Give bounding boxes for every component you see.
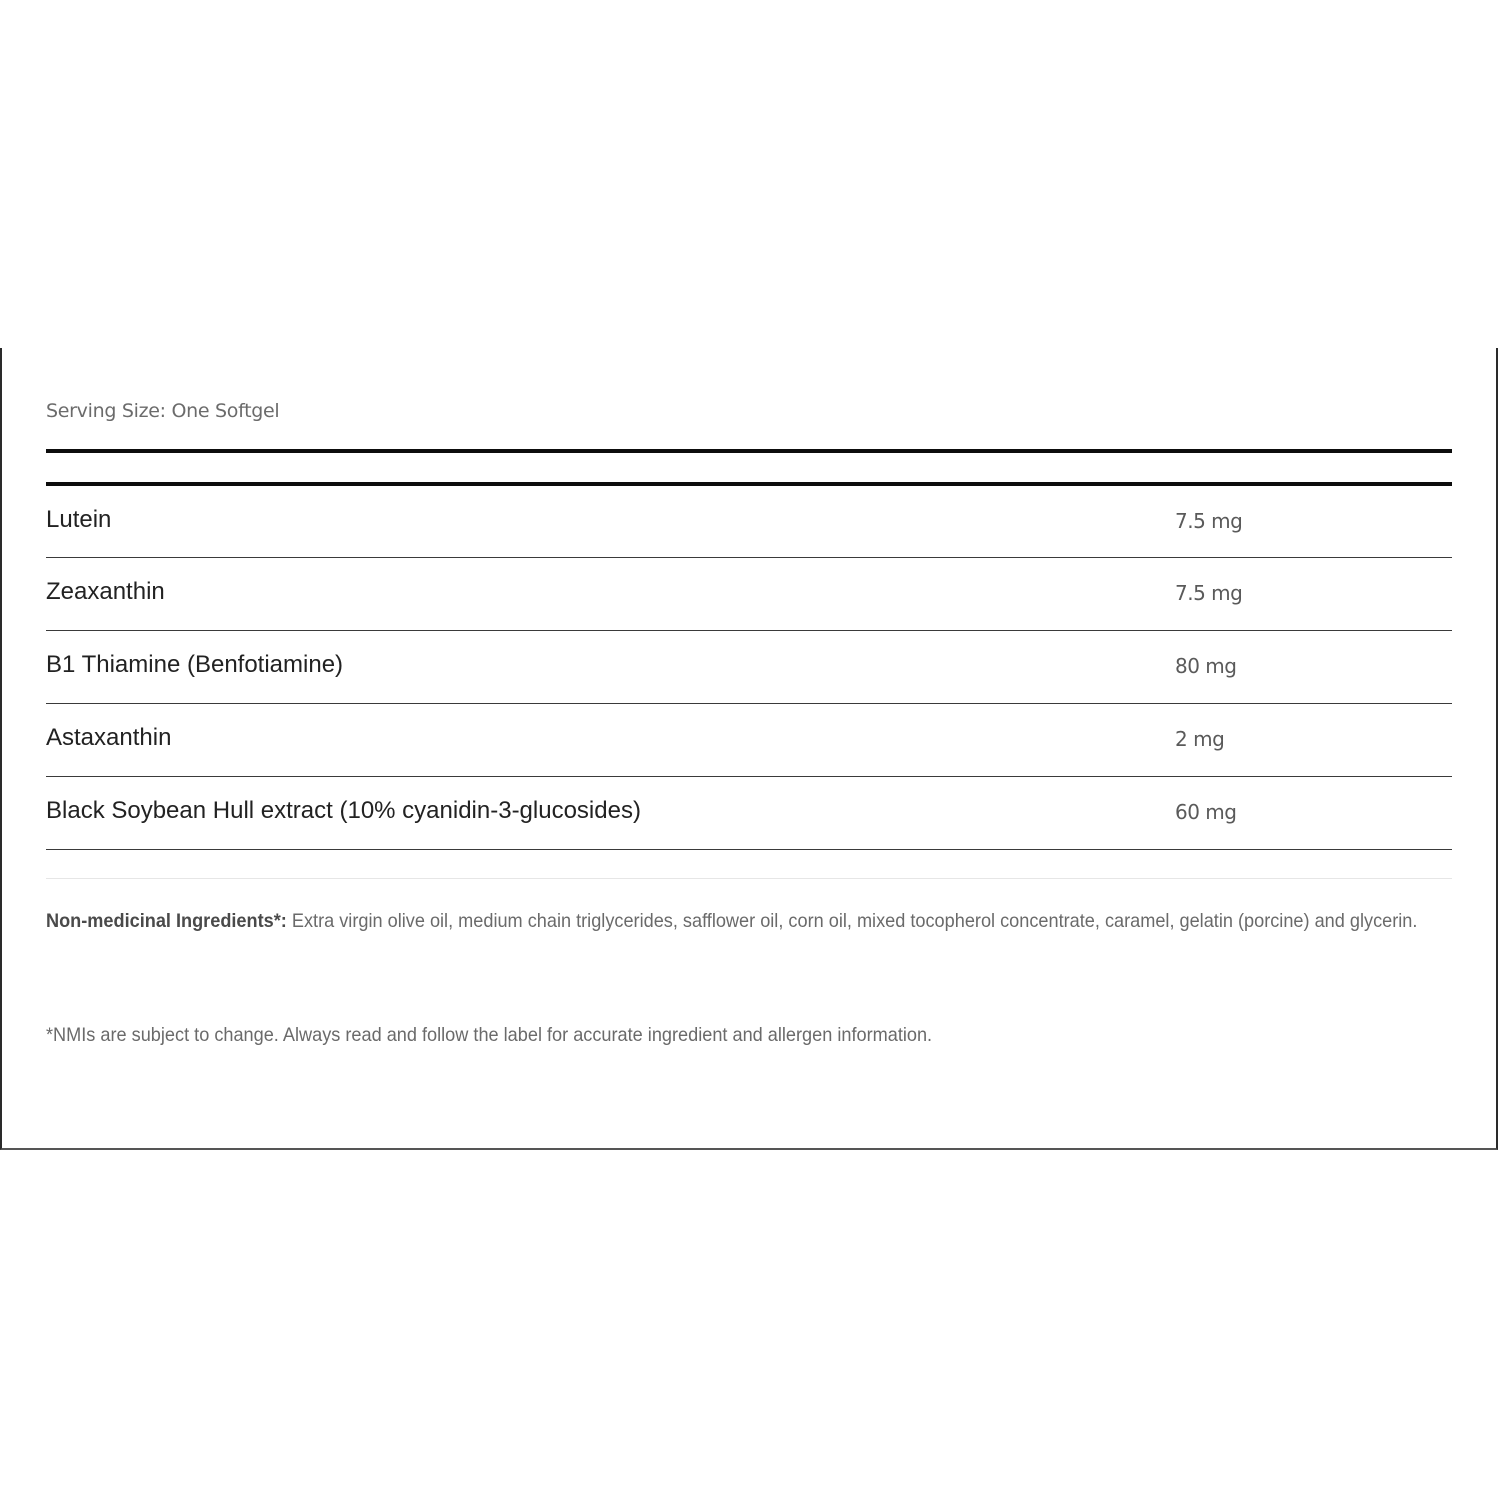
ingredient-amount: 7.5 mg: [1175, 509, 1242, 533]
ingredient-row: Zeaxanthin 7.5 mg: [46, 558, 1452, 631]
ingredient-row: Lutein 7.5 mg: [46, 486, 1452, 558]
ingredient-row: Black Soybean Hull extract (10% cyanidin…: [46, 777, 1452, 850]
non-medicinal-label: Non-medicinal Ingredients*:: [46, 910, 287, 932]
ingredient-amount: 7.5 mg: [1175, 581, 1242, 605]
nmi-disclaimer: *NMIs are subject to change. Always read…: [46, 1024, 932, 1047]
ingredients-table: Lutein 7.5 mg Zeaxanthin 7.5 mg B1 Thiam…: [46, 486, 1452, 850]
header-rule-top: [46, 449, 1452, 453]
ingredient-name: Black Soybean Hull extract (10% cyanidin…: [46, 797, 641, 825]
ingredient-name: Lutein: [46, 506, 111, 534]
ingredient-amount: 60 mg: [1175, 800, 1236, 824]
serving-size: Serving Size: One Softgel: [46, 400, 279, 422]
ingredient-amount: 80 mg: [1175, 654, 1236, 678]
section-divider: [46, 878, 1452, 879]
ingredient-row: Astaxanthin 2 mg: [46, 704, 1452, 777]
non-medicinal-text: Extra virgin olive oil, medium chain tri…: [287, 910, 1418, 932]
ingredient-row: B1 Thiamine (Benfotiamine) 80 mg: [46, 631, 1452, 704]
supplement-facts-panel: Serving Size: One Softgel Lutein 7.5 mg …: [0, 348, 1498, 1150]
ingredient-name: Zeaxanthin: [46, 578, 165, 606]
ingredient-name: B1 Thiamine (Benfotiamine): [46, 651, 343, 679]
non-medicinal-ingredients: Non-medicinal Ingredients*: Extra virgin…: [46, 900, 1460, 942]
ingredient-amount: 2 mg: [1175, 727, 1224, 751]
ingredient-name: Astaxanthin: [46, 724, 171, 752]
